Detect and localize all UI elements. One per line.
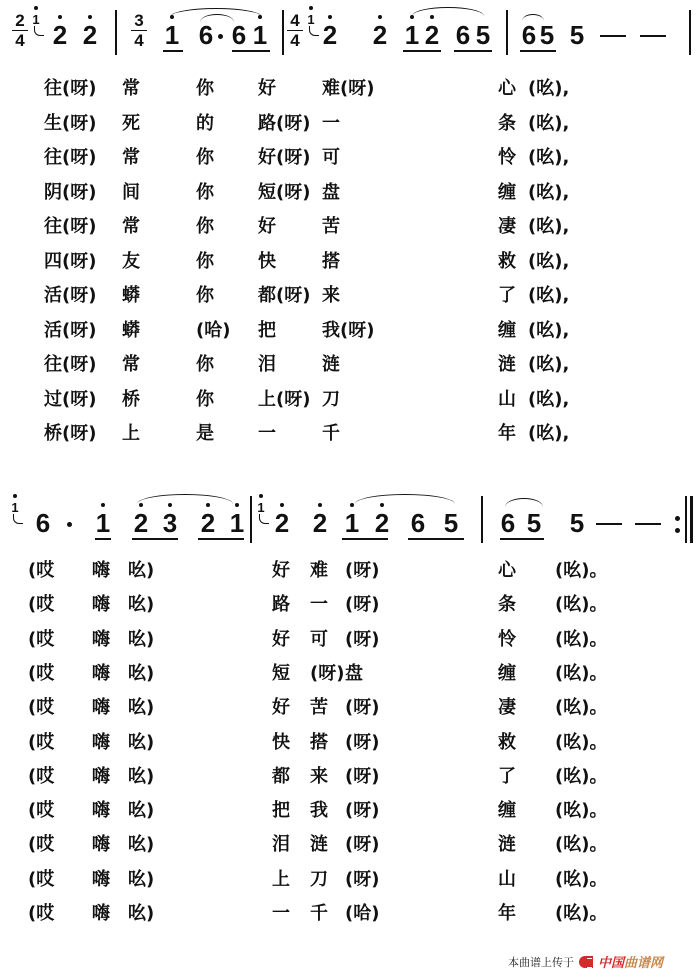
site-name-part1: 中国 — [598, 956, 624, 971]
lyric-syllable: 阴(呀) — [44, 182, 96, 204]
lyric-syllable: 短 — [272, 663, 290, 685]
notation-line-2: 1 6 1 2 3 2 1 1 2 2 1 2 6 5 6 5 5 — [0, 488, 700, 548]
lyric-syllable: 一 — [272, 903, 290, 925]
grace-note: 1 — [10, 501, 20, 514]
lyric-syllable: 搭 — [310, 732, 328, 754]
lyric-syllable: 吆) — [128, 594, 154, 616]
lyric-syllable: (吆), — [528, 354, 569, 376]
watermark: 本曲谱上传于 中国曲谱网 — [508, 952, 663, 971]
lyric-syllable: 心 — [498, 560, 516, 582]
underline-eighth — [520, 50, 556, 52]
lyric-syllable: 你 — [196, 251, 214, 273]
lyric-syllable: (呀) — [345, 732, 379, 754]
lyric-syllable: 路(呀) — [258, 113, 310, 135]
lyric-syllable: 吆) — [128, 834, 154, 856]
lyric-syllable: (哎 — [28, 629, 54, 651]
note: 6 — [453, 22, 473, 48]
augmentation-dot — [67, 522, 72, 527]
lyric-syllable: 泪 — [258, 354, 276, 376]
lyric-syllable: (哈) — [345, 903, 379, 925]
repeat-dot — [675, 516, 680, 521]
lyric-syllable: 活(呀) — [44, 285, 96, 307]
lyric-syllable: 涟 — [498, 834, 516, 856]
lyric-syllable: 缠 — [498, 800, 516, 822]
note: 5 — [473, 22, 493, 48]
lyric-syllable: 怜 — [498, 629, 516, 651]
grace-mark-icon — [259, 514, 269, 524]
note: 5 — [567, 510, 587, 536]
lyric-syllable: 怜 — [498, 147, 516, 169]
lyric-syllable: 一 — [322, 113, 340, 135]
lyric-line: 往(呀)常你泪涟涟(吆), — [0, 354, 700, 376]
underline-eighth — [408, 538, 464, 540]
lyric-syllable: 嗨 — [92, 903, 110, 925]
lyric-syllable: 涟 — [498, 354, 516, 376]
lyric-syllable: (吆)。 — [555, 834, 607, 856]
lyric-syllable: 嗨 — [92, 629, 110, 651]
lyric-syllable: 常 — [122, 78, 140, 100]
lyric-syllable: 常 — [122, 354, 140, 376]
lyric-syllable: 你 — [196, 354, 214, 376]
lyric-syllable: 吆) — [128, 800, 154, 822]
lyric-syllable: (哎 — [28, 663, 54, 685]
lyric-syllable: 吆) — [128, 560, 154, 582]
lyric-line: (哎嗨吆)一千(哈)年(吆)。 — [0, 903, 700, 925]
lyric-syllable: 吆) — [128, 732, 154, 754]
lyric-syllable: 缠 — [498, 320, 516, 342]
lyric-syllable: (吆)。 — [555, 629, 607, 651]
site-name[interactable]: 中国曲谱网 — [598, 952, 663, 971]
lyric-syllable: (呀) — [345, 560, 379, 582]
lyric-syllable: 了 — [498, 285, 516, 307]
lyric-syllable: (哎 — [28, 594, 54, 616]
note: 5 — [537, 22, 557, 48]
lyric-syllable: (呀) — [345, 697, 379, 719]
note: 2 — [310, 510, 330, 536]
lyric-syllable: 友 — [122, 251, 140, 273]
lyric-syllable: (吆), — [528, 285, 569, 307]
extension-dash — [596, 523, 622, 525]
lyric-syllable: 短(呀) — [258, 182, 310, 204]
lyric-syllable: 涟 — [322, 354, 340, 376]
lyric-syllable: 桥 — [122, 389, 140, 411]
underline-eighth — [198, 538, 244, 540]
lyric-syllable: 你 — [196, 182, 214, 204]
underline-eighth — [132, 538, 178, 540]
lyric-syllable: (吆)。 — [555, 800, 607, 822]
lyric-syllable: 吆) — [128, 869, 154, 891]
lyric-syllable: 来 — [322, 285, 340, 307]
lyric-syllable: 上 — [272, 869, 290, 891]
lyric-syllable: 难(呀) — [322, 78, 374, 100]
lyric-syllable: 吆) — [128, 629, 154, 651]
slur — [412, 7, 484, 16]
notation-line-1: 2 4 1 2 2 3 4 1 6 6 1 4 4 1 2 2 1 2 6 5 … — [0, 0, 700, 60]
lyric-syllable: 往(呀) — [44, 216, 96, 238]
lyric-syllable: 过(呀) — [44, 389, 96, 411]
repeat-bar-thin — [685, 496, 687, 543]
lyric-syllable: (哈) — [196, 320, 230, 342]
lyric-syllable: 嗨 — [92, 766, 110, 788]
lyric-syllable: 嗨 — [92, 697, 110, 719]
lyric-syllable: 可 — [322, 147, 340, 169]
lyric-syllable: (吆), — [528, 113, 569, 135]
note: 2 — [50, 22, 70, 48]
lyric-syllable: (哎 — [28, 732, 54, 754]
repeat-bar-thick — [690, 496, 693, 543]
lyric-syllable: 快 — [272, 732, 290, 754]
lyric-syllable: 刀 — [322, 389, 340, 411]
lyrics-block-1: 往(呀)常你好难(呀)心(吆),生(呀)死的路(呀)一条(吆),往(呀)常你好(… — [0, 76, 700, 456]
lyric-syllable: 缠 — [498, 663, 516, 685]
lyric-syllable: (吆)。 — [555, 560, 607, 582]
lyric-line: 往(呀)常你好(呀)可怜(吆), — [0, 147, 700, 169]
lyric-syllable: 把 — [272, 800, 290, 822]
lyric-syllable: 间 — [122, 182, 140, 204]
lyric-syllable: (吆)。 — [555, 869, 607, 891]
lyric-syllable: (吆)。 — [555, 663, 607, 685]
lyric-syllable: 把 — [258, 320, 276, 342]
lyric-syllable: 你 — [196, 147, 214, 169]
lyric-syllable: 桥(呀) — [44, 423, 96, 445]
lyric-syllable: 苦 — [322, 216, 340, 238]
lyric-syllable: (吆)。 — [555, 732, 607, 754]
bar-line — [250, 496, 252, 543]
lyric-syllable: 条 — [498, 113, 516, 135]
lyric-syllable: 你 — [196, 389, 214, 411]
lyric-syllable: 嗨 — [92, 800, 110, 822]
lyric-line: 活(呀)蟒(哈)把我(呀)缠(吆), — [0, 320, 700, 342]
lyric-syllable: 嗨 — [92, 869, 110, 891]
lyric-syllable: (哎 — [28, 560, 54, 582]
lyric-syllable: (吆), — [528, 389, 569, 411]
note: 2 — [422, 22, 442, 48]
ts-denominator: 4 — [12, 31, 28, 49]
lyric-syllable: 都(呀) — [258, 285, 310, 307]
note: 1 — [162, 22, 182, 48]
lyric-syllable: 山 — [498, 389, 516, 411]
lyric-syllable: 嗨 — [92, 663, 110, 685]
lyric-line: (哎嗨吆)都来(呀)了(吆)。 — [0, 766, 700, 788]
lyric-syllable: (哎 — [28, 834, 54, 856]
lyric-syllable: 好(呀) — [258, 147, 310, 169]
lyric-syllable: 救 — [498, 251, 516, 273]
ts-denominator: 4 — [131, 31, 147, 49]
lyric-syllable: (吆)。 — [555, 903, 607, 925]
lyric-syllable: 生(呀) — [44, 113, 96, 135]
note: 2 — [131, 510, 151, 536]
ts-denominator: 4 — [287, 31, 303, 49]
lyric-syllable: 一 — [310, 594, 328, 616]
lyric-syllable: 刀 — [310, 869, 328, 891]
lyric-syllable: 都 — [272, 766, 290, 788]
lyric-syllable: (呀) — [345, 834, 379, 856]
lyric-syllable: 难 — [310, 560, 328, 582]
slur — [505, 498, 543, 507]
lyric-syllable: 凄 — [498, 697, 516, 719]
lyric-syllable: (吆), — [528, 216, 569, 238]
lyric-syllable: 常 — [122, 147, 140, 169]
lyric-line: (哎嗨吆)上刀(呀)山(吆)。 — [0, 869, 700, 891]
lyric-syllable: 的 — [196, 113, 214, 135]
note: 6 — [33, 510, 53, 536]
lyric-line: (哎嗨吆)短(呀)盘缠(吆)。 — [0, 663, 700, 685]
lyric-syllable: 吆) — [128, 697, 154, 719]
lyric-syllable: (吆), — [528, 320, 569, 342]
lyric-syllable: 常 — [122, 216, 140, 238]
extension-dash — [635, 523, 661, 525]
lyric-syllable: 我 — [310, 800, 328, 822]
grace-mark-icon — [13, 514, 23, 524]
lyric-syllable: (吆), — [528, 251, 569, 273]
lyric-syllable: 往(呀) — [44, 147, 96, 169]
lyric-line: (哎嗨吆)好可(呀)怜(吆)。 — [0, 629, 700, 651]
lyric-syllable: 蟒 — [122, 285, 140, 307]
lyric-syllable: 了 — [498, 766, 516, 788]
lyric-syllable: (呀) — [345, 629, 379, 651]
underline-eighth — [342, 538, 388, 540]
lyric-line: 桥(呀)上是一千年(吆), — [0, 423, 700, 445]
lyric-syllable: 我(呀) — [322, 320, 374, 342]
lyric-syllable: 条 — [498, 594, 516, 616]
lyric-syllable: (吆)。 — [555, 766, 607, 788]
lyric-syllable: 你 — [196, 78, 214, 100]
lyric-syllable: (哎 — [28, 800, 54, 822]
lyric-syllable: 救 — [498, 732, 516, 754]
lyric-syllable: 吆) — [128, 766, 154, 788]
bar-line — [689, 10, 691, 55]
lyric-syllable: 吆) — [128, 903, 154, 925]
note: 5 — [524, 510, 544, 536]
lyric-syllable: (哎 — [28, 869, 54, 891]
lyric-syllable: 缠 — [498, 182, 516, 204]
lyric-syllable: (呀) — [345, 766, 379, 788]
note: 2 — [370, 22, 390, 48]
lyric-syllable: 山 — [498, 869, 516, 891]
lyrics-block-2: (哎嗨吆)好难(呀)心(吆)。(哎嗨吆)路一(呀)条(吆)。(哎嗨吆)好可(呀)… — [0, 560, 700, 940]
lyric-line: 往(呀)常你好难(呀)心(吆), — [0, 78, 700, 100]
note: 6 — [519, 22, 539, 48]
grace-note: 1 — [31, 13, 41, 26]
lyric-syllable: 活(呀) — [44, 320, 96, 342]
bar-line — [506, 10, 508, 55]
repeat-dot — [675, 528, 680, 533]
note: 5 — [441, 510, 461, 536]
lyric-syllable: 蟒 — [122, 320, 140, 342]
lyric-syllable: 年 — [498, 423, 516, 445]
ts-numerator: 2 — [12, 12, 28, 31]
lyric-syllable: 好 — [258, 78, 276, 100]
note: 1 — [227, 510, 247, 536]
lyric-syllable: 往(呀) — [44, 354, 96, 376]
lyric-line: 阴(呀)间你短(呀)盘缠(吆), — [0, 182, 700, 204]
ts-numerator: 3 — [131, 12, 147, 31]
grace-mark-icon — [34, 26, 44, 36]
lyric-line: 活(呀)蟒你都(呀)来了(吆), — [0, 285, 700, 307]
underline-eighth — [403, 50, 441, 52]
lyric-syllable: 嗨 — [92, 834, 110, 856]
lyric-syllable: 你 — [196, 216, 214, 238]
lyric-syllable: 嗨 — [92, 732, 110, 754]
lyric-syllable: 好 — [272, 560, 290, 582]
lyric-syllable: (吆), — [528, 147, 569, 169]
lyric-syllable: (哎 — [28, 697, 54, 719]
lyric-syllable: (呀) — [345, 594, 379, 616]
grace-mark-icon — [309, 26, 319, 36]
lyric-syllable: 嗨 — [92, 560, 110, 582]
lyric-syllable: 吆) — [128, 663, 154, 685]
underline-eighth — [95, 538, 111, 540]
grace-note: 1 — [256, 501, 266, 514]
lyric-syllable: 好 — [272, 697, 290, 719]
watermark-prefix: 本曲谱上传于 — [508, 954, 574, 970]
lyric-line: 过(呀)桥你上(呀)刀山(吆), — [0, 389, 700, 411]
lyric-line: (哎嗨吆)好难(呀)心(吆)。 — [0, 560, 700, 582]
bar-line — [115, 10, 117, 55]
note: 2 — [372, 510, 392, 536]
note: 1 — [342, 510, 362, 536]
site-logo-icon — [579, 956, 593, 968]
time-signature-3-4: 3 4 — [131, 12, 147, 49]
grace-note: 1 — [306, 13, 316, 26]
lyric-syllable: (吆)。 — [555, 697, 607, 719]
time-signature-4-4: 4 4 — [287, 12, 303, 49]
lyric-syllable: 死 — [122, 113, 140, 135]
note: 1 — [250, 22, 270, 48]
lyric-syllable: (呀) — [310, 663, 344, 685]
lyric-syllable: 千 — [322, 423, 340, 445]
bar-line — [481, 496, 483, 543]
lyric-syllable: (哎 — [28, 903, 54, 925]
slur — [355, 494, 455, 504]
lyric-syllable: (呀) — [345, 869, 379, 891]
lyric-syllable: 涟 — [310, 834, 328, 856]
lyric-syllable: 心 — [498, 78, 516, 100]
lyric-syllable: 盘 — [345, 663, 363, 685]
lyric-line: 往(呀)常你好苦凄(吆), — [0, 216, 700, 238]
lyric-syllable: (呀) — [345, 800, 379, 822]
lyric-syllable: 泪 — [272, 834, 290, 856]
lyric-line: (哎嗨吆)路一(呀)条(吆)。 — [0, 594, 700, 616]
lyric-syllable: (吆)。 — [555, 594, 607, 616]
extension-dash — [600, 35, 626, 37]
note: 2 — [80, 22, 100, 48]
lyric-line: (哎嗨吆)快搭(呀)救(吆)。 — [0, 732, 700, 754]
lyric-syllable: 往(呀) — [44, 78, 96, 100]
lyric-line: 四(呀)友你快搭救(吆), — [0, 251, 700, 273]
note: 1 — [402, 22, 422, 48]
lyric-syllable: 好 — [258, 216, 276, 238]
note: 6 — [498, 510, 518, 536]
note: 1 — [93, 510, 113, 536]
note: 2 — [198, 510, 218, 536]
lyric-syllable: 是 — [196, 423, 214, 445]
bar-line — [282, 10, 284, 55]
lyric-syllable: 好 — [272, 629, 290, 651]
slur — [137, 494, 233, 504]
lyric-line: (哎嗨吆)好苦(呀)凄(吆)。 — [0, 697, 700, 719]
augmentation-dot — [218, 34, 223, 39]
note: 6 — [229, 22, 249, 48]
underline-eighth — [500, 538, 544, 540]
extension-dash — [640, 35, 666, 37]
lyric-syllable: 年 — [498, 903, 516, 925]
underline-eighth — [163, 50, 183, 52]
lyric-syllable: 路 — [272, 594, 290, 616]
lyric-syllable: 四(呀) — [44, 251, 96, 273]
lyric-syllable: (吆), — [528, 423, 569, 445]
lyric-syllable: (哎 — [28, 766, 54, 788]
note: 6 — [408, 510, 428, 536]
ts-numerator: 4 — [287, 12, 303, 31]
note: 6 — [196, 22, 216, 48]
lyric-syllable: 搭 — [322, 251, 340, 273]
lyric-line: (哎嗨吆)把我(呀)缠(吆)。 — [0, 800, 700, 822]
lyric-syllable: 上(呀) — [258, 389, 310, 411]
note: 2 — [272, 510, 292, 536]
lyric-syllable: (吆), — [528, 182, 569, 204]
lyric-syllable: 凄 — [498, 216, 516, 238]
underline-eighth — [454, 50, 492, 52]
note: 3 — [160, 510, 180, 536]
lyric-syllable: (吆), — [528, 78, 569, 100]
lyric-syllable: 来 — [310, 766, 328, 788]
lyric-syllable: 一 — [258, 423, 276, 445]
lyric-line: 生(呀)死的路(呀)一条(吆), — [0, 113, 700, 135]
lyric-syllable: 你 — [196, 285, 214, 307]
lyric-syllable: 苦 — [310, 697, 328, 719]
lyric-syllable: 上 — [122, 423, 140, 445]
lyric-syllable: 千 — [310, 903, 328, 925]
underline-eighth — [232, 50, 270, 52]
note: 5 — [567, 22, 587, 48]
lyric-syllable: 嗨 — [92, 594, 110, 616]
lyric-syllable: 快 — [258, 251, 276, 273]
lyric-line: (哎嗨吆)泪涟(呀)涟(吆)。 — [0, 834, 700, 856]
lyric-syllable: 盘 — [322, 182, 340, 204]
time-signature-2-4: 2 4 — [12, 12, 28, 49]
lyric-syllable: 可 — [310, 629, 328, 651]
note: 2 — [320, 22, 340, 48]
site-name-part2: 曲谱网 — [624, 956, 663, 971]
